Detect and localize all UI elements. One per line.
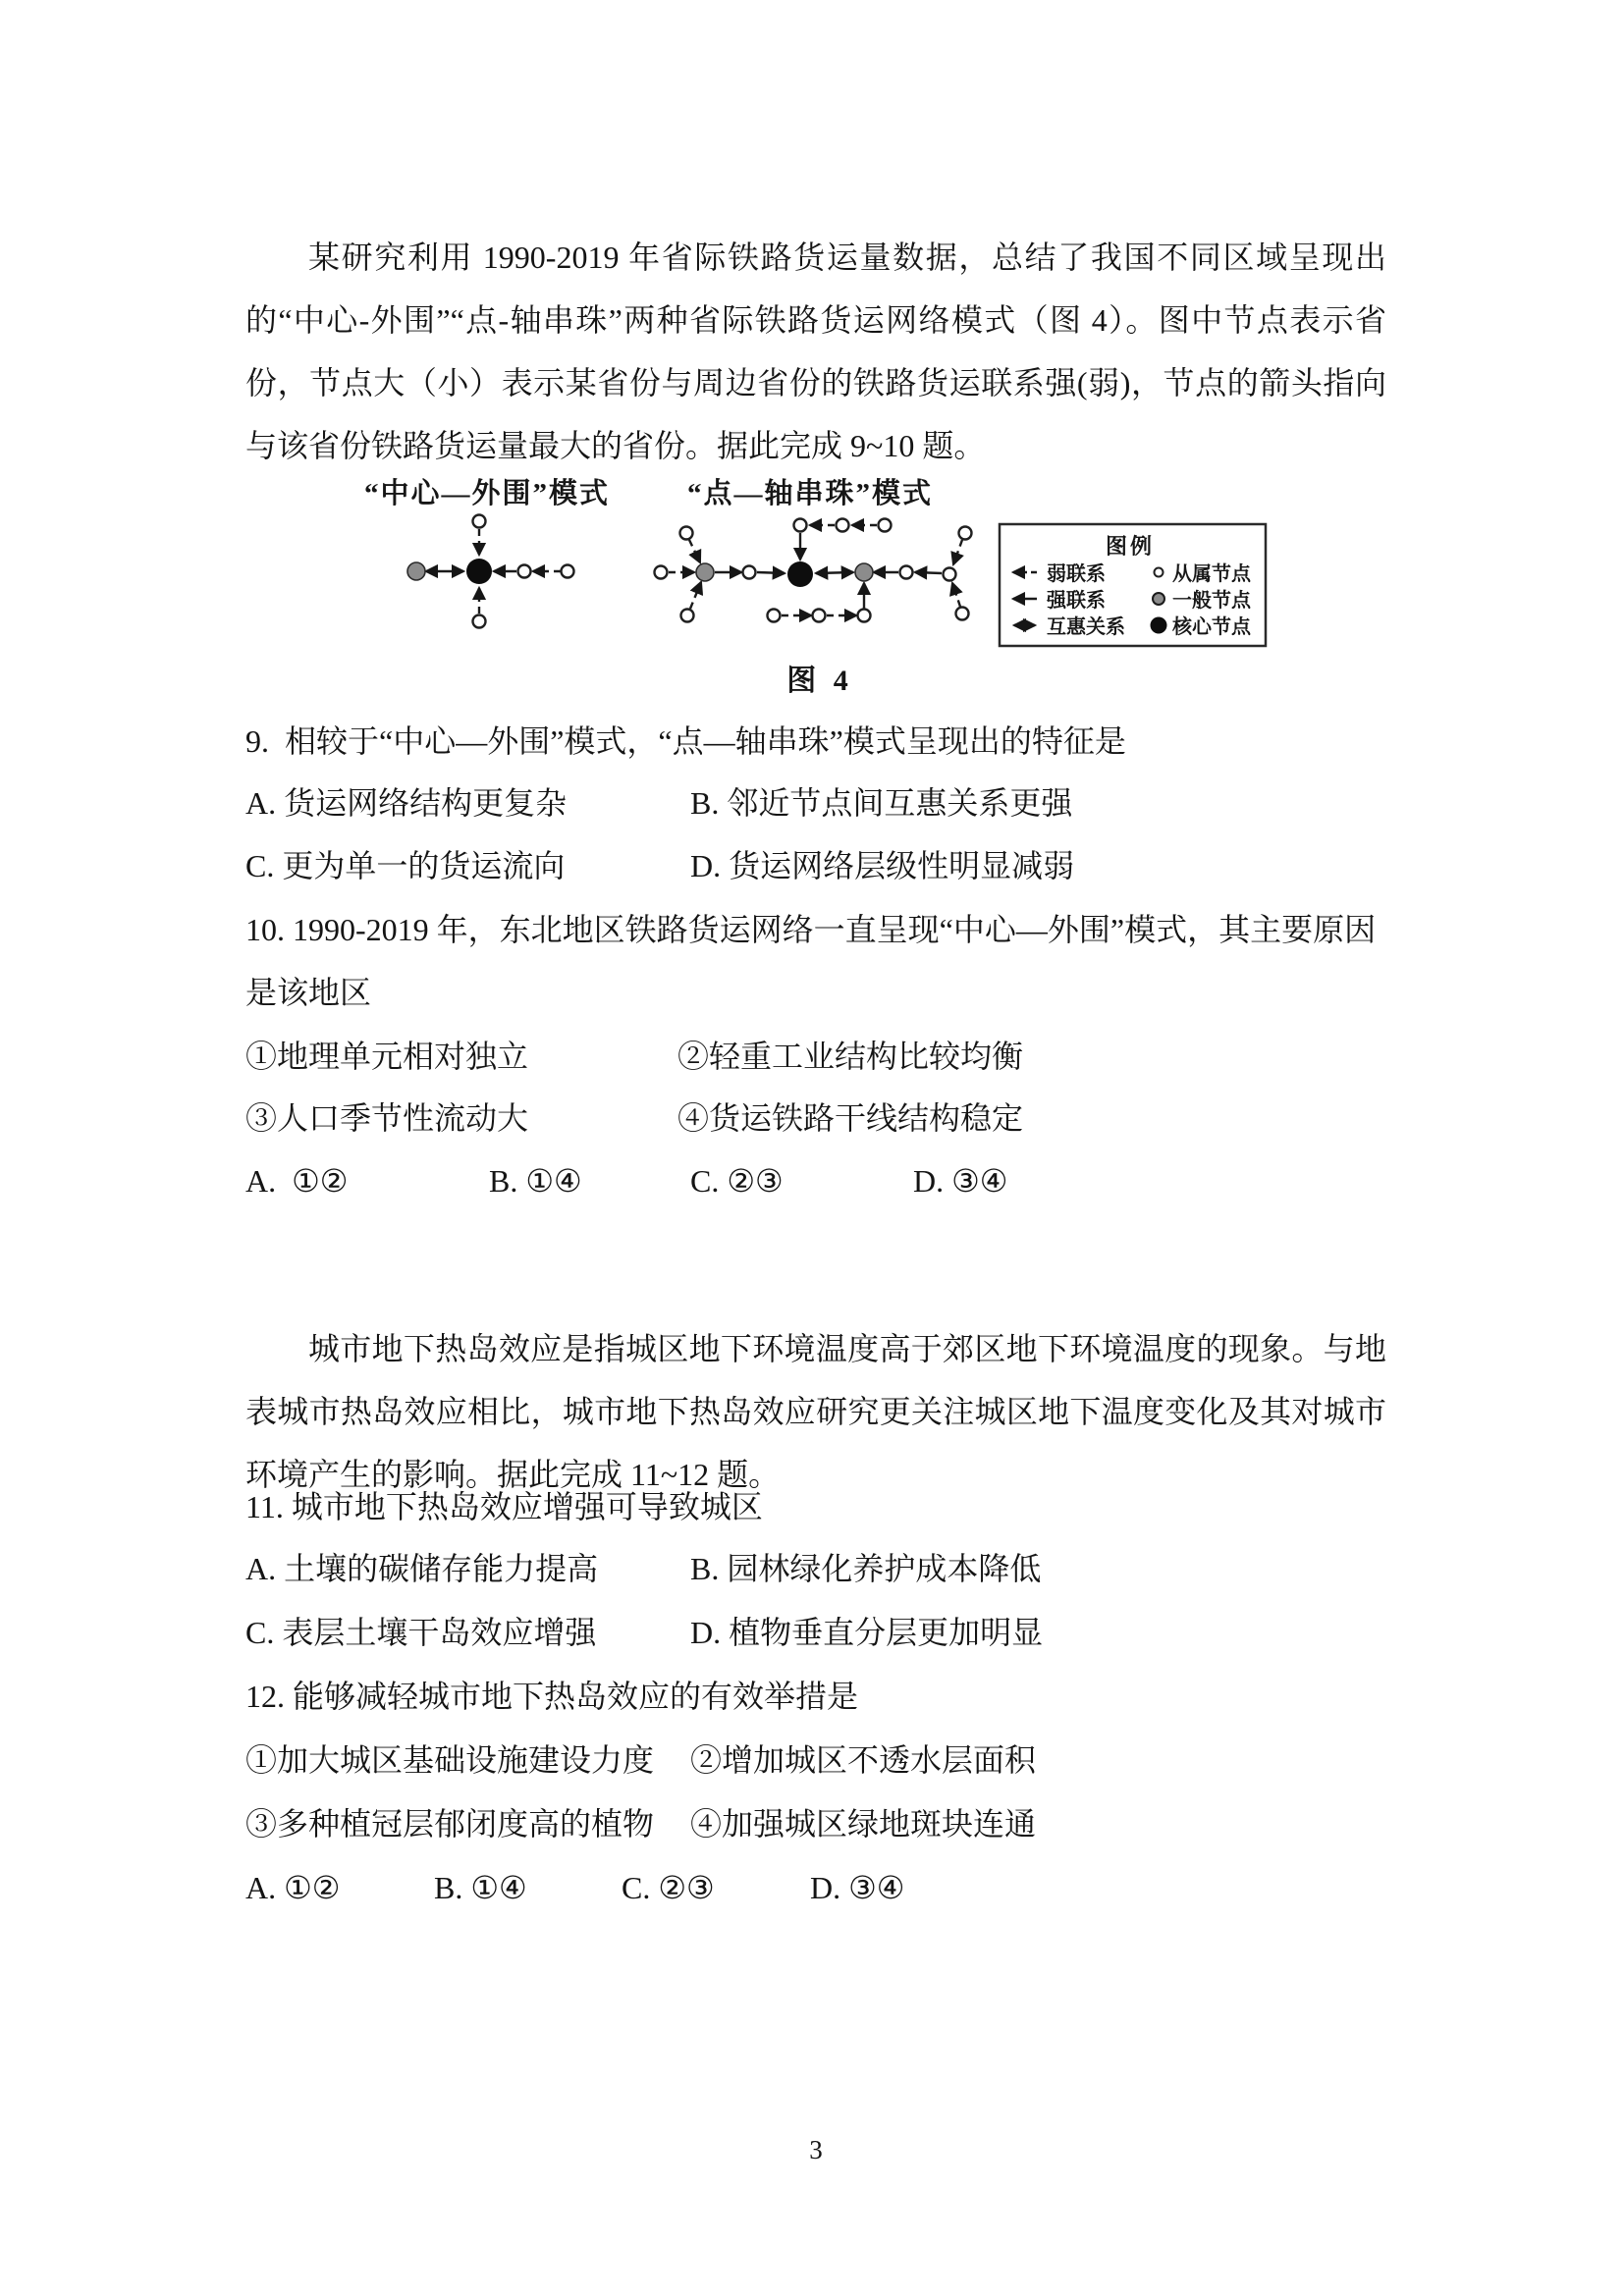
right-diagram-title: “点—轴串珠”模式: [687, 477, 933, 509]
q9-options-row-1: A. 货运网络结构更复杂 B. 邻近节点间互惠关系更强: [245, 772, 1386, 834]
passage-1: 某研究利用 1990-2019 年省际铁路货运量数据，总结了我国不同区域呈现出的…: [245, 226, 1386, 477]
q10-stem: 10. 1990-2019 年，东北地区铁路货运网络一直呈现“中心—外围”模式，…: [245, 898, 1386, 1024]
core-node: [466, 559, 492, 584]
figure-caption: 图 4: [786, 665, 853, 697]
legend-weak-link-label: 弱联系: [1047, 561, 1106, 585]
subordinate-node: [743, 566, 756, 579]
subordinate-node: [518, 565, 531, 578]
q12-items-row-2: ③多种植冠层郁闭度高的植物 ④加强城区绿地斑块连通: [245, 1792, 1386, 1855]
q11-options-row-2: C. 表层土壤干岛效应增强 D. 植物垂直分层更加明显: [245, 1601, 1386, 1664]
q9-option-c: C. 更为单一的货运流向: [245, 834, 565, 897]
general-node-icon: [1153, 593, 1164, 605]
q11-option-b: B. 园林绿化养护成本降低: [690, 1537, 1041, 1600]
legend-mutual-link-label: 互惠关系: [1047, 614, 1125, 638]
subordinate-node: [813, 610, 826, 622]
subordinate-node: [900, 566, 913, 579]
subordinate-node: [879, 519, 892, 532]
q12-items-row-1: ①加大城区基础设施建设力度 ②增加城区不透水层面积: [245, 1729, 1386, 1791]
q11-options-row-1: A. 土壤的碳储存能力提高 B. 园林绿化养护成本降低: [245, 1537, 1386, 1600]
q10-answer-d: D. ③④: [913, 1149, 1007, 1212]
q11-option-a: A. 土壤的碳储存能力提高: [245, 1537, 598, 1600]
subordinate-node: [794, 519, 807, 532]
subordinate-node: [944, 568, 956, 581]
q9-option-d: D. 货运网络层级性明显减弱: [690, 834, 1074, 897]
left-diagram-title: “中心—外围”模式: [364, 477, 610, 509]
core-node-icon: [1151, 617, 1167, 634]
general-node: [407, 562, 425, 580]
q9-option-b: B. 邻近节点间互惠关系更强: [690, 772, 1072, 834]
q12-item-4: ④加强城区绿地斑块连通: [690, 1792, 1036, 1855]
q12-answer-a: A. ①②: [245, 1856, 340, 1919]
q9-options-row-2: C. 更为单一的货运流向 D. 货运网络层级性明显减弱: [245, 834, 1386, 897]
q10-item-2: ②轻重工业结构比较均衡: [677, 1025, 1023, 1088]
subordinate-node: [959, 527, 972, 540]
q9-option-a: A. 货运网络结构更复杂: [245, 772, 567, 834]
page-number: 3: [245, 2118, 1386, 2181]
q11-option-d: D. 植物垂直分层更加明显: [690, 1601, 1043, 1664]
network-models-figure: “中心—外围”模式 “点—轴串珠”模式: [245, 461, 1386, 709]
general-node: [855, 563, 873, 581]
subordinate-node-icon: [1155, 568, 1164, 577]
q12-item-3: ③多种植冠层郁闭度高的植物: [245, 1792, 654, 1855]
subordinate-node: [655, 566, 668, 579]
q12-stem: 12. 能够减轻城市地下热岛效应的有效举措是: [245, 1665, 1386, 1728]
q10-answers-row: A. ①② B. ①④ C. ②③ D. ③④: [245, 1149, 1386, 1212]
legend-strong-link-label: 强联系: [1046, 588, 1106, 612]
q10-answer-c: C. ②③: [690, 1149, 784, 1212]
core-node: [787, 561, 813, 587]
subordinate-node: [768, 610, 781, 622]
subordinate-node: [956, 608, 969, 620]
q12-answer-d: D. ③④: [810, 1856, 904, 1919]
q12-answer-c: C. ②③: [622, 1856, 715, 1919]
legend-subordinate-node-label: 从属节点: [1172, 561, 1252, 585]
q12-answer-b: B. ①④: [434, 1856, 527, 1919]
legend-title: 图例: [1106, 534, 1155, 559]
q10-answer-b: B. ①④: [489, 1149, 582, 1212]
subordinate-node: [837, 519, 849, 532]
subordinate-node: [680, 527, 693, 540]
legend-general-node-label: 一般节点: [1172, 588, 1252, 612]
exam-page: 某研究利用 1990-2019 年省际铁路货运量数据，总结了我国不同区域呈现出的…: [0, 0, 1624, 2296]
legend: 图例 弱联系 强联系 互惠关系 从属节点 一般节点 核心节点: [1000, 524, 1266, 646]
hub-spoke-diagram: [407, 515, 574, 628]
q11-stem: 11. 城市地下热岛效应增强可导致城区: [245, 1475, 1386, 1538]
q10-items-row-2: ③人口季节性流动大 ④货运铁路干线结构稳定: [245, 1087, 1386, 1149]
q10-item-3: ③人口季节性流动大: [245, 1087, 528, 1149]
q11-option-c: C. 表层土壤干岛效应增强: [245, 1601, 596, 1664]
q12-item-2: ②增加城区不透水层面积: [690, 1729, 1036, 1791]
subordinate-node: [473, 515, 486, 528]
subordinate-node: [681, 610, 694, 622]
q10-answer-a: A. ①②: [245, 1149, 348, 1212]
q9-stem: 9. 相较于“中心—外围”模式，“点—轴串珠”模式呈现出的特征是: [245, 710, 1386, 773]
general-node: [696, 563, 714, 581]
legend-core-node-label: 核心节点: [1171, 614, 1252, 638]
hub-spoke-links: [426, 529, 561, 614]
subordinate-node: [858, 610, 871, 622]
q10-items-row-1: ①地理单元相对独立 ②轻重工业结构比较均衡: [245, 1025, 1386, 1088]
q12-answers-row: A. ①② B. ①④ C. ②③ D. ③④: [245, 1856, 1386, 1919]
figure-4: “中心—外围”模式 “点—轴串珠”模式: [245, 461, 1386, 709]
q10-item-4: ④货运铁路干线结构稳定: [677, 1087, 1023, 1149]
subordinate-node: [473, 615, 486, 628]
q12-item-1: ①加大城区基础设施建设力度: [245, 1729, 654, 1791]
subordinate-node: [562, 565, 574, 578]
point-axis-diagram: [655, 519, 972, 622]
q10-item-1: ①地理单元相对独立: [245, 1025, 528, 1088]
